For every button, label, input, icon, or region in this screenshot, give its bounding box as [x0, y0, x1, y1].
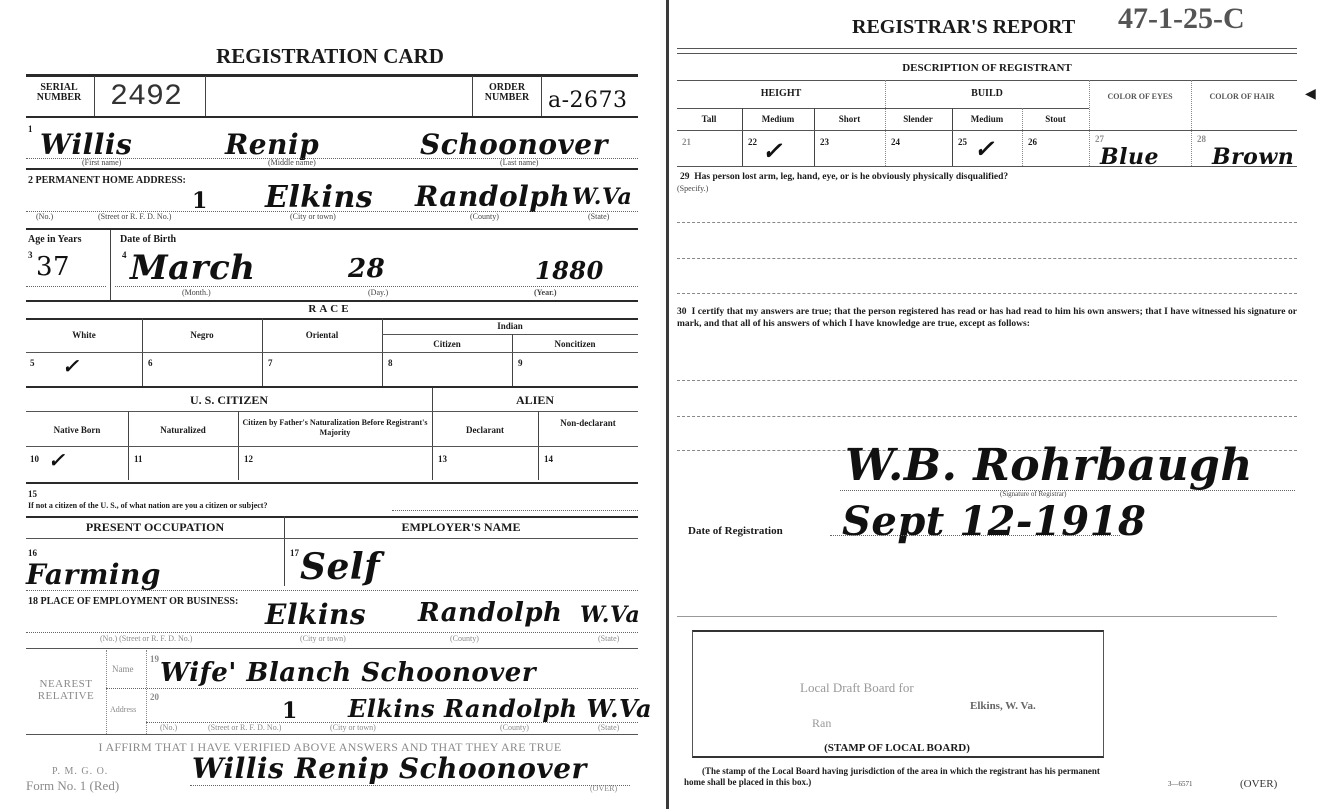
divider [26, 516, 638, 518]
order-number-label: ORDER NUMBER [474, 83, 540, 103]
build-medium-checkmark: ✓ [974, 134, 995, 163]
specify-label: (Specify.) [677, 184, 708, 193]
answer-line [677, 222, 1297, 223]
relative-address-number: 1 [282, 698, 298, 724]
field-number: 24 [891, 137, 900, 147]
caption-county: (County) [450, 634, 479, 643]
field-number: 16 [28, 548, 37, 558]
page-divider [666, 0, 669, 809]
height-label: HEIGHT [677, 88, 885, 99]
dob-label: Date of Birth [120, 234, 176, 245]
registrar-signature: W.B. Rohrbaugh [845, 440, 1253, 491]
answer-line [677, 380, 1297, 381]
field-number: 11 [134, 454, 143, 464]
race-col-white: White [26, 330, 142, 340]
over-note: (OVER) [590, 784, 617, 793]
relative-name-value: Wife' Blanch Schoonover [160, 658, 536, 688]
divider [26, 734, 638, 735]
field-number: 5 [30, 358, 35, 368]
divider [382, 334, 638, 335]
divider [541, 76, 542, 116]
employer-label: EMPLOYER'S NAME [284, 520, 638, 535]
stamp-line-3: Ran [812, 716, 831, 731]
registrant-signature: Willis Renip Schoonover [192, 752, 587, 785]
description-title: DESCRIPTION OF REGISTRANT [677, 62, 1297, 74]
race-white-checkmark: ✓ [62, 354, 79, 378]
serial-number-value: 2492 [110, 80, 182, 114]
employer-value: Self [300, 546, 380, 588]
divider [26, 538, 638, 539]
field-number: 27 [1095, 134, 1104, 144]
caption-no: (No.) [36, 212, 53, 221]
home-address-state: W.Va [572, 184, 632, 210]
divider [840, 490, 1295, 491]
divider [830, 535, 1120, 536]
field-number: 19 [150, 654, 159, 664]
divider [677, 108, 885, 109]
divider [26, 168, 638, 170]
alien-col-declarant: Declarant [432, 425, 538, 435]
employment-place-label: 18 PLACE OF EMPLOYMENT OR BUSINESS: [28, 596, 238, 607]
last-name-caption: (Last name) [500, 158, 538, 167]
occupation-value: Farming [26, 558, 161, 591]
divider [26, 74, 638, 77]
divider [26, 286, 106, 287]
stamp-instructions: (The stamp of the Local Board having jur… [684, 766, 1114, 788]
race-title: RACE [0, 303, 660, 315]
race-col-indian: Indian [382, 321, 638, 331]
divider [677, 80, 1297, 81]
relative-address-value: Elkins Randolph W.Va [348, 694, 652, 723]
divider [106, 650, 107, 734]
nearest-relative-label: NEAREST RELATIVE [28, 678, 104, 702]
field-number: 8 [388, 358, 393, 368]
arrow-left-icon: ◀ [1305, 86, 1316, 103]
form-agency: P. M. G. O. [52, 766, 108, 777]
divider [677, 130, 1297, 131]
divider [110, 230, 111, 300]
card-title: REGISTRATION CARD [0, 44, 660, 69]
native-born-checkmark: ✓ [48, 448, 65, 472]
home-address-label: 2 PERMANENT HOME ADDRESS: [28, 175, 186, 186]
caption-day: (Day.) [368, 288, 388, 297]
field-number: 1 [28, 124, 33, 134]
divider [392, 510, 638, 511]
field-number: 4 [122, 250, 127, 260]
registration-date-label: Date of Registration [688, 525, 783, 537]
divider [106, 688, 638, 689]
print-code: 3—6571 [1168, 780, 1193, 788]
middle-name-value: Renip [225, 128, 319, 161]
divider [26, 116, 638, 118]
caption-state: (State) [598, 723, 619, 732]
divider [885, 108, 1089, 109]
field-number: 14 [544, 454, 553, 464]
stamp-caption: (STAMP OF LOCAL BOARD) [692, 742, 1102, 754]
build-label: BUILD [885, 88, 1089, 99]
build-col-slender: Slender [885, 114, 951, 124]
height-col-tall: Tall [677, 114, 741, 124]
middle-name-caption: (Middle name) [268, 158, 316, 167]
question-29-text: Has person lost arm, leg, hand, eye, or … [694, 172, 1008, 182]
dob-day: 28 [348, 254, 385, 284]
caption-county: (County) [500, 723, 529, 732]
eye-color-label: COLOR OF EYES [1089, 92, 1191, 102]
divider [677, 48, 1297, 49]
employment-state: W.Va [580, 602, 640, 628]
divider [26, 386, 638, 388]
question-30-text: I certify that my answers are true; that… [677, 307, 1297, 329]
divider [472, 76, 473, 116]
answer-line [677, 293, 1297, 294]
stamp-line-2: Elkins, W. Va. [970, 700, 1036, 712]
race-col-indian-citizen: Citizen [382, 339, 512, 349]
question-15-text: If not a citizen of the U. S., of what n… [28, 501, 267, 510]
divider [677, 616, 1277, 617]
field-number: 30 [677, 307, 687, 317]
caption-street: (No.) (Street or R. F. D. No.) [100, 634, 192, 643]
caption-city: (City or town) [330, 723, 376, 732]
caption-street: (Street or R. F. D. No.) [208, 723, 281, 732]
height-medium-checkmark: ✓ [762, 136, 783, 165]
us-citizen-title: U. S. CITIZEN [26, 393, 432, 408]
stamp-line-1: Local Draft Board for [800, 680, 914, 696]
dob-year: 1880 [535, 256, 604, 285]
order-number-value: a-2673 [548, 88, 628, 113]
answer-line [677, 416, 1297, 417]
employment-city: Elkins [265, 598, 366, 631]
citizen-col-naturalized: Naturalized [128, 425, 238, 435]
divider [26, 318, 638, 320]
height-col-medium: Medium [742, 114, 814, 124]
divider [26, 482, 638, 484]
race-col-oriental: Oriental [262, 330, 382, 340]
last-name-value: Schoonover [420, 128, 608, 161]
caption-street: (Street or R. F. D. No.) [98, 212, 171, 221]
over-note: (OVER) [1240, 778, 1277, 790]
employment-county: Randolph [418, 598, 562, 628]
build-col-stout: Stout [1022, 114, 1089, 124]
home-address-city: Elkins [265, 180, 373, 215]
relative-address-label: Address [110, 705, 136, 714]
first-name-caption: (First name) [82, 158, 121, 167]
alien-title: ALIEN [432, 393, 638, 408]
field-number: 7 [268, 358, 273, 368]
home-address-county: Randolph [415, 180, 570, 213]
divider [26, 300, 638, 302]
age-value: 37 [36, 252, 70, 282]
height-col-short: Short [814, 114, 885, 124]
form-number: Form No. 1 (Red) [26, 778, 119, 794]
divider [26, 648, 638, 649]
report-title: REGISTRAR'S REPORT [852, 16, 1075, 39]
field-number: 6 [148, 358, 153, 368]
field-number: 29 [680, 172, 690, 182]
caption-county: (County) [470, 212, 499, 221]
field-number: 23 [820, 137, 829, 147]
divider [26, 632, 638, 633]
race-col-negro: Negro [142, 330, 262, 340]
caption-city: (City or town) [300, 634, 346, 643]
race-col-indian-noncitizen: Noncitizen [512, 339, 638, 349]
registration-date-value: Sept 12-1918 [842, 498, 1146, 545]
field-number: 15 [28, 489, 37, 499]
field-number: 9 [518, 358, 523, 368]
hair-color-label: COLOR OF HAIR [1191, 92, 1293, 102]
age-label: Age in Years [28, 234, 82, 245]
report-stamp-number: 47-1-25-C [1118, 2, 1245, 36]
divider [26, 446, 638, 447]
field-number: 25 [958, 137, 967, 147]
caption-no: (No.) [160, 723, 177, 732]
field-number: 21 [682, 137, 691, 147]
field-number: 13 [438, 454, 447, 464]
dob-month: March [130, 248, 256, 288]
citizen-col-native-born: Native Born [26, 425, 128, 435]
field-number: 28 [1197, 134, 1206, 144]
caption-state: (State) [588, 212, 609, 221]
divider [26, 590, 638, 591]
build-col-medium: Medium [952, 114, 1022, 124]
field-number: 17 [290, 548, 299, 558]
divider [677, 166, 1297, 167]
divider [190, 785, 630, 786]
field-number: 12 [244, 454, 253, 464]
caption-state: (State) [598, 634, 619, 643]
caption-city: (City or town) [290, 212, 336, 221]
caption-month: (Month.) [182, 288, 211, 297]
divider [26, 228, 638, 230]
alien-col-nondeclarant: Non-declarant [548, 418, 628, 428]
field-number: 3 [28, 250, 33, 260]
registrar-signature-caption: (Signature of Registrar) [1000, 490, 1066, 498]
citizen-col-by-father: Citizen by Father's Naturalization Befor… [240, 418, 430, 438]
field-number: 10 [30, 454, 39, 464]
divider [677, 53, 1297, 54]
caption-year: (Year.) [534, 288, 557, 297]
field-number: 26 [1028, 137, 1037, 147]
relative-name-label: Name [112, 664, 134, 674]
field-number: 22 [748, 137, 757, 147]
divider [115, 286, 638, 287]
divider [205, 76, 206, 116]
field-number: 20 [150, 692, 159, 702]
serial-number-label: SERIAL NUMBER [28, 83, 90, 103]
first-name-value: Willis [40, 128, 132, 161]
occupation-label: PRESENT OCCUPATION [26, 520, 284, 535]
divider [26, 411, 638, 412]
divider [26, 352, 638, 353]
divider [94, 76, 95, 116]
answer-line [677, 258, 1297, 259]
